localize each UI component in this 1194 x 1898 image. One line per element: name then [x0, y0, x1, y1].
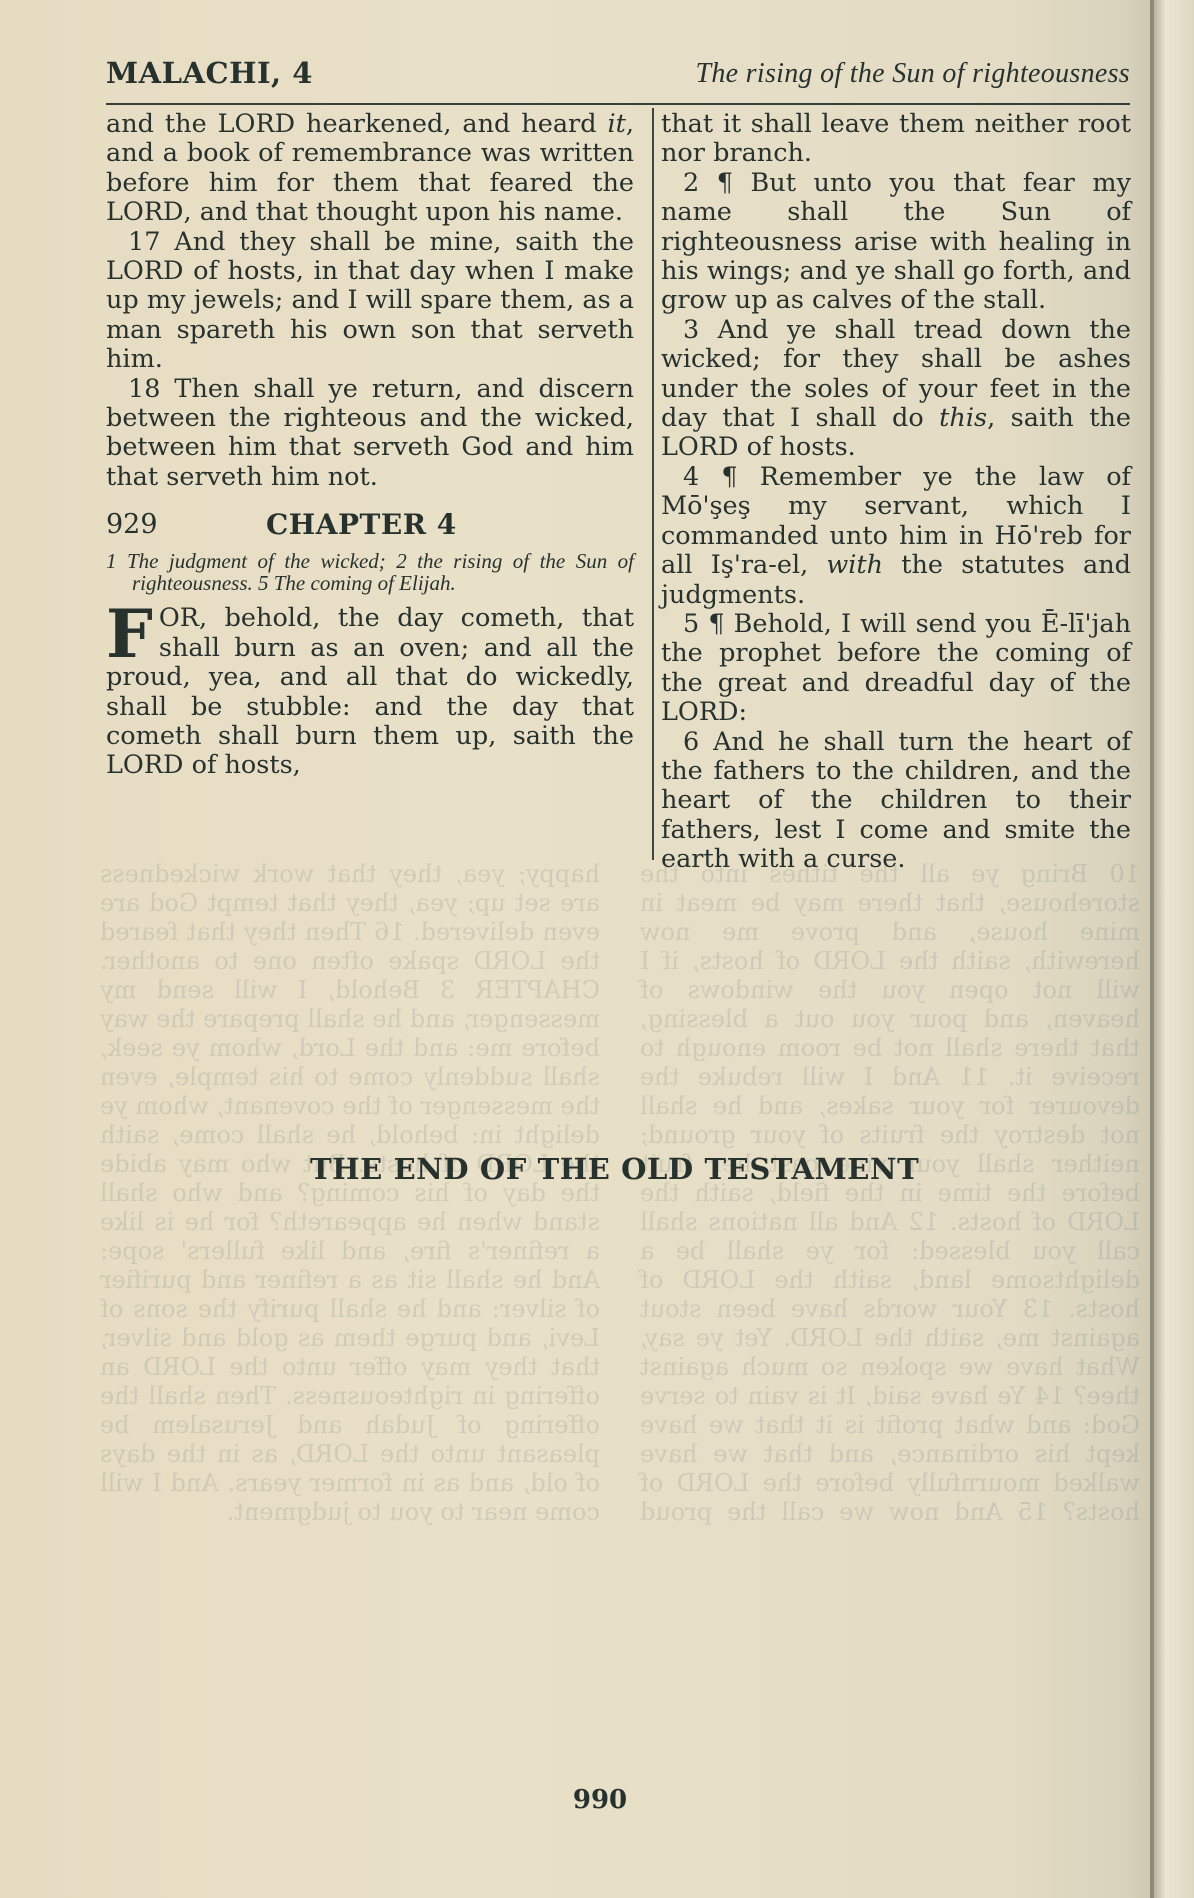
right-column: that it shall leave them neither root no… — [661, 110, 1131, 875]
verse-1: FOR, behold, the day cometh, that shall … — [106, 604, 634, 780]
verse-6: 6 And he shall turn the heart of the fat… — [661, 728, 1131, 875]
chapter-summary: 1 The judgment of the wicked; 2 the risi… — [106, 550, 634, 594]
verse-16-continuation: and the LORD hearkened, and heard it, an… — [106, 110, 634, 228]
chapter-reference-number: 929 — [106, 510, 266, 539]
verse-18: 18 Then shall ye return, and discern bet… — [106, 375, 634, 493]
running-header: MALACHI, 4 The rising of the Sun of righ… — [106, 56, 1130, 92]
bleed-through-text: 10 Bring ye all the tithes into the stor… — [100, 860, 1140, 1780]
verse-5: 5 ¶ Behold, I will send you Ē-lī'jah the… — [661, 610, 1131, 728]
end-of-old-testament-heading: THE END OF THE OLD TESTAMENT — [310, 1152, 919, 1186]
page-number: 990 — [573, 1785, 627, 1815]
chapter-title: CHAPTER 4 — [266, 510, 457, 539]
verse-4: 4 ¶ Remember ye the law of Mō'şeş my ser… — [661, 463, 1131, 610]
verse-17: 17 And they shall be mine, saith the LOR… — [106, 228, 634, 375]
header-rule — [106, 103, 1130, 105]
verse-2: 2 ¶ But unto you that fear my name shall… — [661, 169, 1131, 316]
book-chapter-heading: MALACHI, 4 — [106, 56, 313, 90]
verse-3: 3 And ye shall tread down the wicked; fo… — [661, 316, 1131, 463]
drop-cap: F — [106, 608, 153, 660]
left-column: and the LORD hearkened, and heard it, an… — [106, 110, 634, 781]
chapter-heading: 929 CHAPTER 4 — [106, 506, 634, 542]
page-edge — [1154, 0, 1194, 1898]
column-divider — [652, 108, 654, 860]
running-title: The rising of the Sun of righteousness — [695, 58, 1130, 90]
verse-1-continuation: that it shall leave them neither root no… — [661, 110, 1131, 169]
